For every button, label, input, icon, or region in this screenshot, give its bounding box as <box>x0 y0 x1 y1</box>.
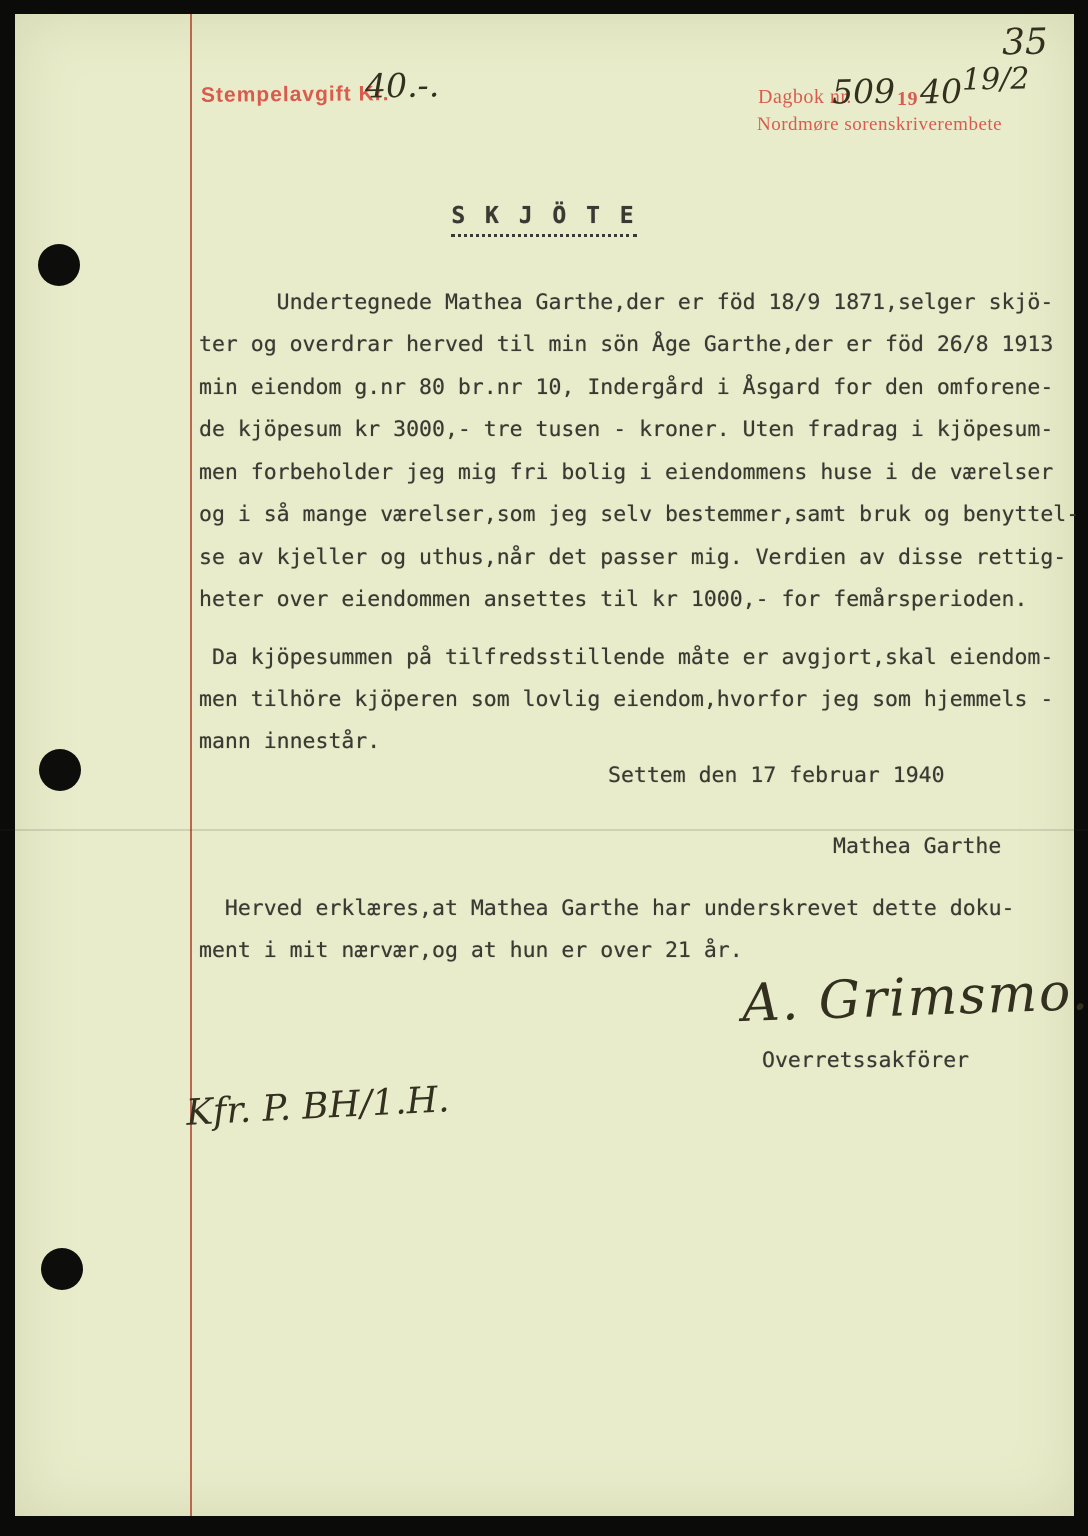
document-title-text: S K J Ö T E <box>451 203 636 237</box>
punch-hole <box>38 244 80 286</box>
dagbok-number-handwritten: 509 <box>832 71 896 111</box>
stamp-year-prefix: 19 <box>897 88 918 111</box>
red-margin-rule <box>190 14 192 1516</box>
page-number: 35 <box>1002 22 1049 64</box>
body-line: ter og overdrar herved til min sön Åge G… <box>199 324 1053 367</box>
body-line: ment i mit nærvær,og at hun er over 21 å… <box>199 930 743 973</box>
body-line: Herved erklæres,at Mathea Garthe har und… <box>199 888 1014 931</box>
witness-title: Overretssakförer <box>762 1040 969 1083</box>
body-line: Undertegnede Mathea Garthe,der er föd 18… <box>199 282 1053 325</box>
stamp-office-name: Nordmøre sorenskriverembete <box>757 114 1002 136</box>
year-handwritten: 40 <box>920 72 963 112</box>
witness-signature-handwritten: A. Grimsmo. <box>741 962 1088 1034</box>
stamp-stempelavgift-label: Stempelavgift Kr. <box>201 82 390 108</box>
body-line: men tilhöre kjöperen som lovlig eiendom,… <box>199 679 1053 722</box>
body-line: de kjöpesum kr 3000,- tre tusen - kroner… <box>199 409 1053 452</box>
body-line: se av kjeller og uthus,når det passer mi… <box>199 537 1066 580</box>
body-line: Da kjöpesummen på tilfredsstillende måte… <box>199 637 1053 680</box>
punch-hole <box>41 1248 83 1290</box>
body-line: og i så mange værelser,som jeg selv best… <box>199 494 1079 537</box>
scanned-deed-page: { "page": { "page_number": "35", "stamp_… <box>0 0 1088 1536</box>
document-title: S K J Ö T E <box>0 203 1088 237</box>
stamp-amount-handwritten: 40.-. <box>365 65 440 105</box>
body-line: men forbeholder jeg mig fri bolig i eien… <box>199 452 1053 495</box>
date-line: Settem den 17 februar 1940 <box>608 755 945 798</box>
punch-hole <box>39 749 81 791</box>
date-fraction-handwritten: 19/2 <box>962 61 1030 97</box>
body-line: mann innestår. <box>199 721 380 764</box>
seller-signature-typed: Mathea Garthe <box>833 826 1001 869</box>
body-line: heter over eiendommen ansettes til kr 10… <box>199 579 1027 622</box>
body-line: min eiendom g.nr 80 br.nr 10, Indergård … <box>199 367 1053 410</box>
